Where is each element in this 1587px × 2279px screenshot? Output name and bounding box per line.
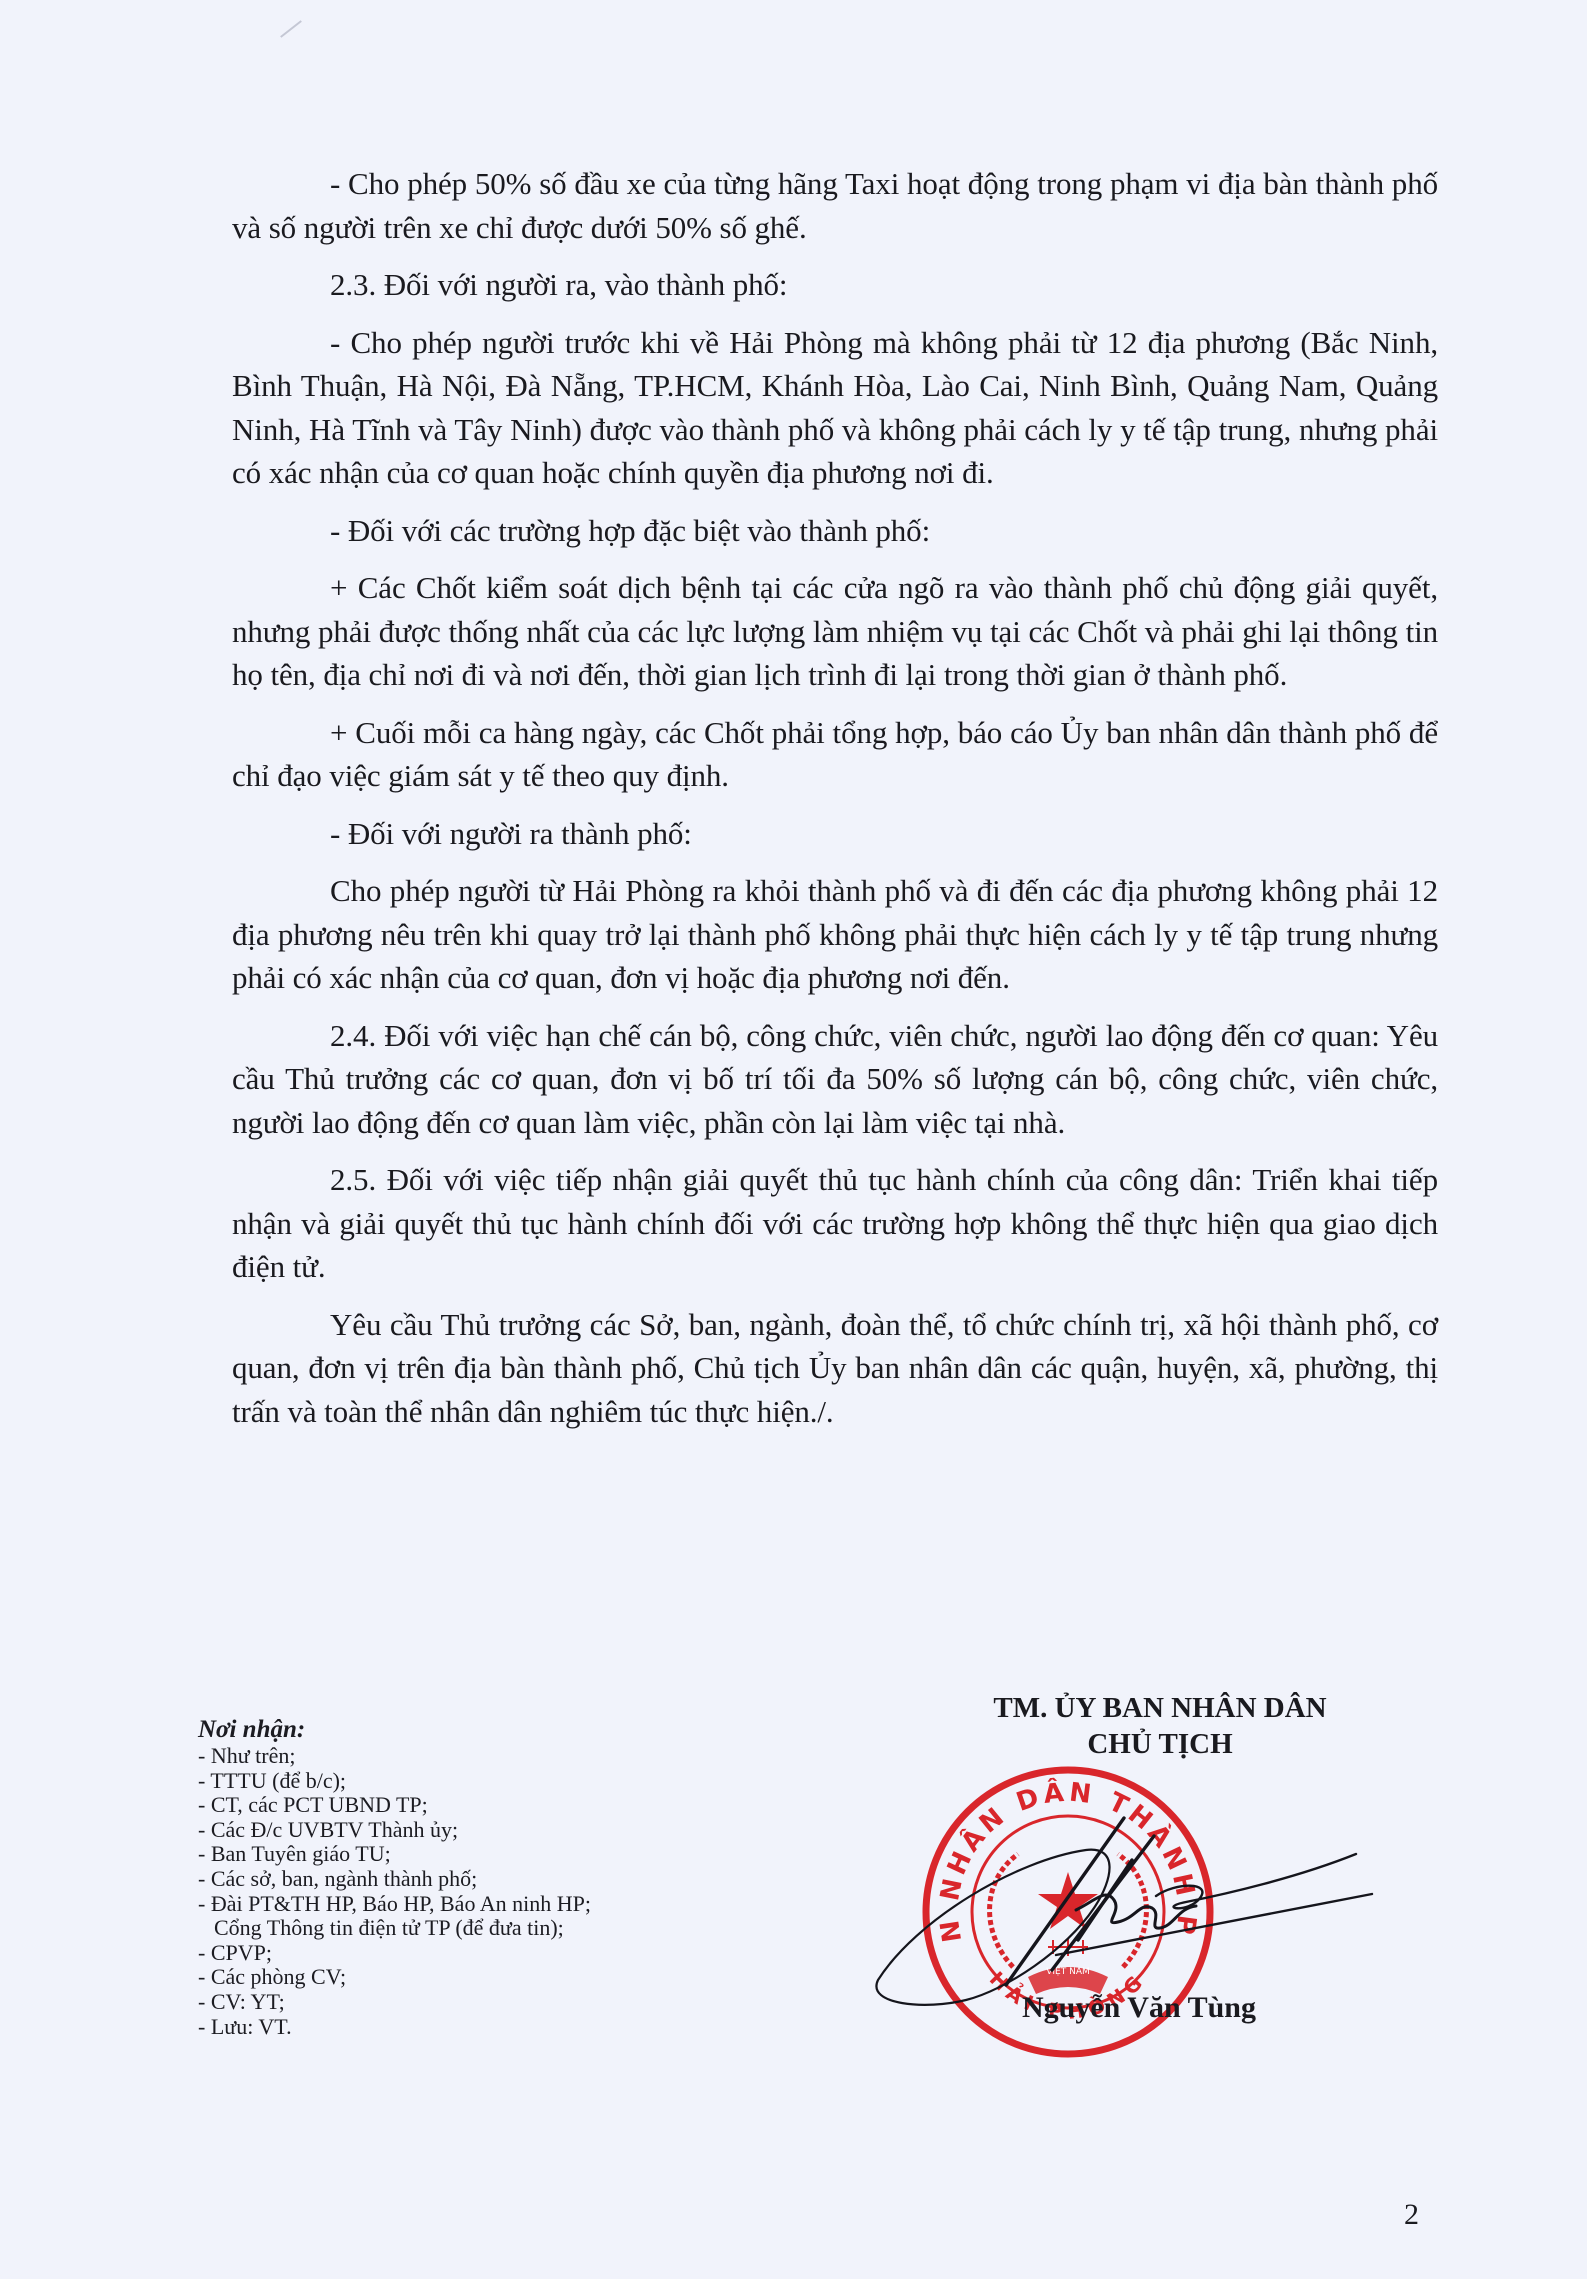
recipient-item: - Các sở, ban, ngành thành phố;	[198, 1867, 758, 1892]
section-2-4: 2.4. Đối với việc hạn chế cán bộ, công c…	[232, 1014, 1438, 1145]
recipient-item: - CPVP;	[198, 1941, 758, 1966]
recipients-title: Nơi nhận:	[198, 1716, 758, 1744]
document-page: - Cho phép 50% số đầu xe của từng hãng T…	[0, 0, 1587, 2279]
paragraph-taxi: - Cho phép 50% số đầu xe của từng hãng T…	[232, 162, 1438, 249]
scan-artifact	[280, 20, 302, 38]
signing-organization: TM. ỦY BAN NHÂN DÂN	[900, 1690, 1420, 1726]
signer-name: Nguyễn Văn Tùng	[1022, 1990, 1256, 2026]
recipient-item: - TTTU (để b/c);	[198, 1769, 758, 1794]
recipient-item: Cổng Thông tin điện tử TP (để đưa tin);	[198, 1916, 758, 1941]
paragraph-special-cases: - Đối với các trường hợp đặc biệt vào th…	[232, 509, 1438, 553]
section-2-5: 2.5. Đối với việc tiếp nhận giải quyết t…	[232, 1158, 1438, 1289]
paragraph-leaving: - Đối với người ra thành phố:	[232, 812, 1438, 856]
paragraph-checkpoints: + Các Chốt kiểm soát dịch bệnh tại các c…	[232, 566, 1438, 697]
section-2-3-heading: 2.3. Đối với người ra, vào thành phố:	[232, 263, 1438, 307]
document-body: - Cho phép 50% số đầu xe của từng hãng T…	[232, 162, 1438, 1433]
recipient-item: - Như trên;	[198, 1744, 758, 1769]
recipient-item: - Các Đ/c UVBTV Thành ủy;	[198, 1818, 758, 1843]
recipient-item: - Lưu: VT.	[198, 2015, 758, 2040]
recipient-item: - Các phòng CV;	[198, 1965, 758, 1990]
page-number: 2	[1404, 2198, 1419, 2232]
signing-role: CHỦ TỊCH	[900, 1726, 1420, 1762]
recipients-list: Nơi nhận: - Như trên; - TTTU (để b/c); -…	[198, 1716, 758, 2039]
paragraph-daily-report: + Cuối mỗi ca hàng ngày, các Chốt phải t…	[232, 711, 1438, 798]
recipient-item: - CT, các PCT UBND TP;	[198, 1793, 758, 1818]
recipient-item: - Đài PT&TH HP, Báo HP, Báo An ninh HP;	[198, 1892, 758, 1917]
recipient-item: - Ban Tuyên giáo TU;	[198, 1842, 758, 1867]
paragraph-entry-allow: - Cho phép người trước khi về Hải Phòng …	[232, 321, 1438, 495]
recipient-item: - CV: YT;	[198, 1990, 758, 2015]
paragraph-closing: Yêu cầu Thủ trưởng các Sở, ban, ngành, đ…	[232, 1303, 1438, 1434]
signature-heading: TM. ỦY BAN NHÂN DÂN CHỦ TỊCH	[900, 1690, 1420, 1762]
paragraph-leaving-detail: Cho phép người từ Hải Phòng ra khỏi thàn…	[232, 869, 1438, 1000]
